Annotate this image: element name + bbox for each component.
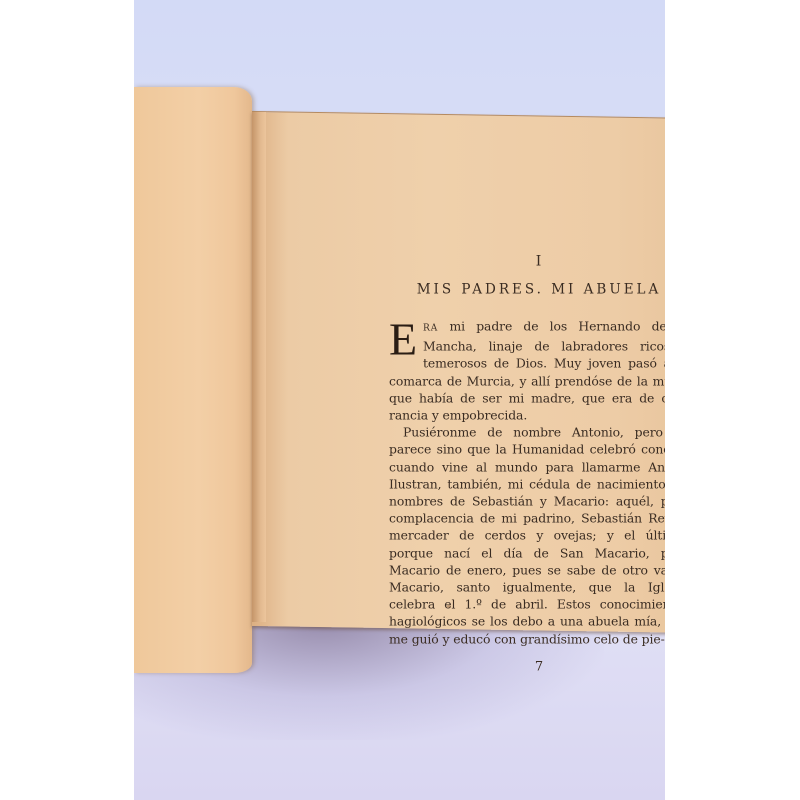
paragraph-1: ERA mi padre de los Hernando de la Manch… — [389, 318, 665, 424]
page-number: 7 — [389, 659, 665, 674]
chapter-number: I — [389, 254, 665, 270]
chapter-title: MIS PADRES. MI ABUELA — [389, 282, 665, 298]
book-photo: I MIS PADRES. MI ABUELA ERA mi padre de … — [134, 0, 665, 800]
right-page: I MIS PADRES. MI ABUELA ERA mi padre de … — [252, 111, 665, 633]
drop-cap-rest: RA — [423, 324, 438, 334]
paragraph-1-text: mi padre de los Hernando de la Mancha, l… — [389, 319, 665, 423]
paragraph-2: Pusiéronme de nombre Antonio, pero no pa… — [389, 424, 665, 648]
drop-cap: E — [389, 320, 417, 360]
left-page-curl — [134, 87, 252, 673]
page-text: I MIS PADRES. MI ABUELA ERA mi padre de … — [389, 254, 665, 675]
book-gutter — [252, 112, 266, 622]
